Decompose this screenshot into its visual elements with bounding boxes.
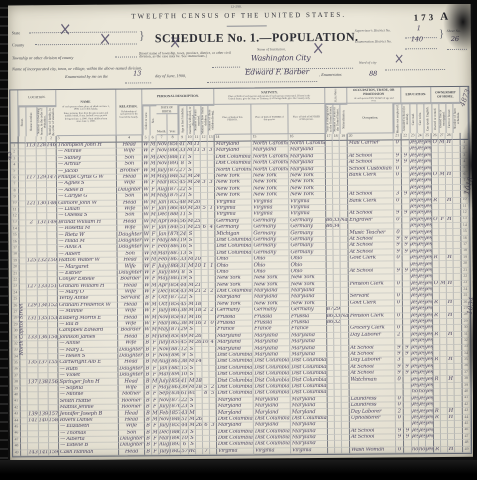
- census-entry-cell: 159: [49, 450, 59, 456]
- city-label: Name of incorporated city, town, or vill…: [12, 65, 142, 71]
- census-entry-cell: [210, 449, 217, 455]
- family-col-header: Number of family, in the order of visita…: [46, 106, 56, 136]
- nativity-group-header: NATIVITY. Place of birth of each person …: [214, 88, 325, 105]
- occupation-group-header: OCCUPATION, TRADE, OR PROFESSION of each…: [347, 87, 401, 103]
- census-entry-cell: [455, 447, 463, 453]
- x-mark-ward: ×: [394, 51, 405, 67]
- institution-value: Washington City: [251, 54, 310, 62]
- age-col-header: Age at last birthday.: [178, 105, 186, 135]
- ownership-group-header: OWNERSHIP OF HOME.: [431, 87, 460, 103]
- pob-person-col-header: Place of birth of this PERSON.: [214, 105, 251, 135]
- naturalization-col-header: Naturalization.: [339, 104, 347, 134]
- personal-group-header: PERSONAL DESCRIPTION.: [142, 89, 214, 106]
- township-line: [115, 51, 137, 57]
- scan-edge-bottom: [0, 460, 477, 480]
- scan-edge-right: [473, 0, 477, 480]
- attended-school-col-header: Attended school (in months).: [401, 103, 409, 133]
- state-line: [29, 26, 137, 33]
- column-number-cell: 24: [417, 133, 424, 140]
- census-entry-cell: yes: [426, 447, 434, 453]
- day-line: [125, 77, 151, 83]
- scan-edge-top: [0, 0, 477, 4]
- census-title: TWELFTH CENSUS OF THE UNITED STATES.: [7, 10, 471, 22]
- enum-district-line: [405, 43, 437, 49]
- census-entry-cell: Head: [119, 449, 145, 456]
- census-entry-cell: Virginia: [217, 448, 254, 455]
- census-entry-cell: [342, 448, 350, 454]
- township-note: [Insert name of township, town, precinct…: [139, 52, 231, 60]
- sex-col-header: Sex.: [149, 105, 156, 135]
- column-number-cell: 2: [47, 136, 57, 143]
- column-number-cell: 11: [194, 135, 201, 142]
- dob-col-header: DATE OF BIRTH. Month.Year.: [156, 105, 178, 135]
- schedule-title: SCHEDULE No. 1.—POPULATION.: [155, 30, 359, 47]
- column-number-cell: 26: [432, 133, 439, 140]
- form-number: 12-298.: [231, 5, 242, 9]
- census-entry-cell: Wd: [189, 449, 196, 455]
- months-not-employed-col-header: Months not employed.: [393, 103, 401, 133]
- scanned-census-page: 12-298. TWELFTH CENSUS OF THE UNITED STA…: [0, 0, 477, 480]
- education-group-header: EDUCATION.: [401, 87, 431, 103]
- column-number-cell: 10: [187, 135, 194, 142]
- dwelling-col-header: Number of dwelling house, in the order o…: [36, 106, 46, 136]
- ward-label: Ward of city: [359, 61, 377, 65]
- county-line: [35, 38, 137, 45]
- census-entry-cell: H: [448, 447, 455, 453]
- enumerator-line: [207, 76, 317, 83]
- farm-schedule-col-header: Number of farm schedule.: [452, 103, 460, 133]
- column-number-cell: 28: [446, 133, 453, 140]
- enumerator-label: , Enumerator.: [319, 72, 342, 77]
- column-number-cell: 17: [326, 134, 333, 141]
- enumerator-name: Edward F. Barber: [245, 68, 309, 76]
- census-table: LOCATION. NAME of each person whose plac…: [9, 86, 472, 458]
- census-entry-cell: 0: [396, 447, 404, 453]
- census-entry-cell: [404, 447, 412, 453]
- x-mark-county: ×: [99, 29, 112, 48]
- census-entry-cell: F: [152, 449, 159, 455]
- institution-label: Name of Institution,: [257, 47, 286, 51]
- census-entry-cell: Wash Woman: [350, 447, 396, 454]
- census-entry-cell: R: [434, 447, 441, 453]
- pob-father-col-header: Place of birth of FATHER of this person.: [251, 104, 288, 134]
- column-number-cell: [453, 133, 461, 140]
- occupation-col-header: Occupation.: [347, 103, 393, 133]
- column-number-cell: 1: [37, 136, 47, 143]
- children-living-col-header: Number of these children living.: [207, 105, 214, 135]
- census-entry-cell: 1842: [170, 449, 181, 455]
- supervisor-value: 1: [417, 25, 421, 32]
- scan-edge-left: [0, 0, 8, 480]
- census-sheet: 12-298. TWELFTH CENSUS OF THE UNITED STA…: [7, 2, 475, 461]
- census-entry-cell: [335, 448, 342, 454]
- enumerated-label-2: day of June, 1900,: [155, 73, 186, 78]
- location-group-header: LOCATION.: [18, 90, 56, 106]
- census-entry-cell: [441, 447, 448, 453]
- column-number-cell: 22: [402, 133, 410, 140]
- house-number-col-header: House number.: [25, 106, 36, 136]
- county-label: County: [12, 42, 24, 47]
- census-entry-cell: B: [145, 449, 152, 455]
- census-entry-cell: [328, 448, 335, 454]
- census-entry-cell: 57: [181, 449, 189, 455]
- enum-district-label: Enumeration District No.: [355, 39, 392, 43]
- x-mark-institution: ×: [312, 39, 325, 58]
- column-number-cell: 12: [201, 135, 208, 142]
- city-line: [212, 62, 240, 68]
- column-number-cell: [19, 136, 26, 143]
- enum-district-value: 140: [411, 36, 423, 43]
- census-entry-cell: 7: [203, 449, 210, 455]
- dob-year-header: Year.: [167, 114, 177, 134]
- township-label: Township or other division of county: [12, 55, 73, 60]
- census-entry-cell: 141: [39, 450, 49, 456]
- x-mark-township: ×: [169, 33, 182, 52]
- column-number-cell: 18: [333, 134, 340, 141]
- census-entry-cell: 143: [28, 450, 39, 456]
- line-number-cell: 49: [463, 447, 471, 453]
- census-entry-cell: Virginia: [291, 448, 328, 455]
- street-name-vertical: North Capitol Street: [18, 267, 26, 355]
- column-number-cell: 13: [208, 135, 215, 142]
- census-entry-cell: July: [159, 449, 170, 455]
- column-number-cell: 25: [424, 133, 432, 140]
- column-number-cell: 27: [439, 133, 446, 140]
- column-number-cell: 23: [410, 133, 417, 140]
- enumerated-label-1: Enumerated by me on the: [65, 74, 108, 79]
- title-rule: [227, 25, 267, 26]
- ward-value: 88: [369, 71, 377, 78]
- pob-mother-col-header: Place of birth of MOTHER of this person.: [288, 104, 325, 134]
- census-entry-cell: [21, 450, 28, 456]
- speak-english-col-header: Can speak English.: [423, 103, 431, 133]
- census-entry-cell: Virginia: [254, 448, 291, 455]
- column-number-cell: 9: [179, 135, 187, 142]
- brace: }: [139, 28, 145, 43]
- enumerated-day: 13: [133, 70, 141, 77]
- x-mark-state: ×: [58, 20, 71, 39]
- line-number-cell: 49: [13, 450, 21, 456]
- state-label: State: [12, 30, 20, 35]
- column-number-cell: 5: [143, 135, 150, 142]
- supervisor-label: Supervisor's District No.: [355, 28, 391, 32]
- name-group-header: NAME of each person whose place of abode…: [56, 90, 116, 136]
- column-number-cell: 6: [150, 135, 157, 142]
- citizenship-group-header: CITIZENSHIP.: [325, 88, 347, 104]
- census-entry-cell: [196, 449, 203, 455]
- census-entry-cell: Cash Hannah: [59, 449, 119, 456]
- stamp-number: 173: [414, 12, 437, 23]
- column-number-cell: 19: [340, 134, 348, 141]
- dob-month-header: Month.: [156, 114, 167, 134]
- relation-group-header: RELATION. Relationship of each person to…: [116, 89, 142, 135]
- census-entry-cell: no: [419, 447, 426, 453]
- column-number-cell: 21: [394, 133, 402, 140]
- census-entry-cell: no: [412, 447, 419, 453]
